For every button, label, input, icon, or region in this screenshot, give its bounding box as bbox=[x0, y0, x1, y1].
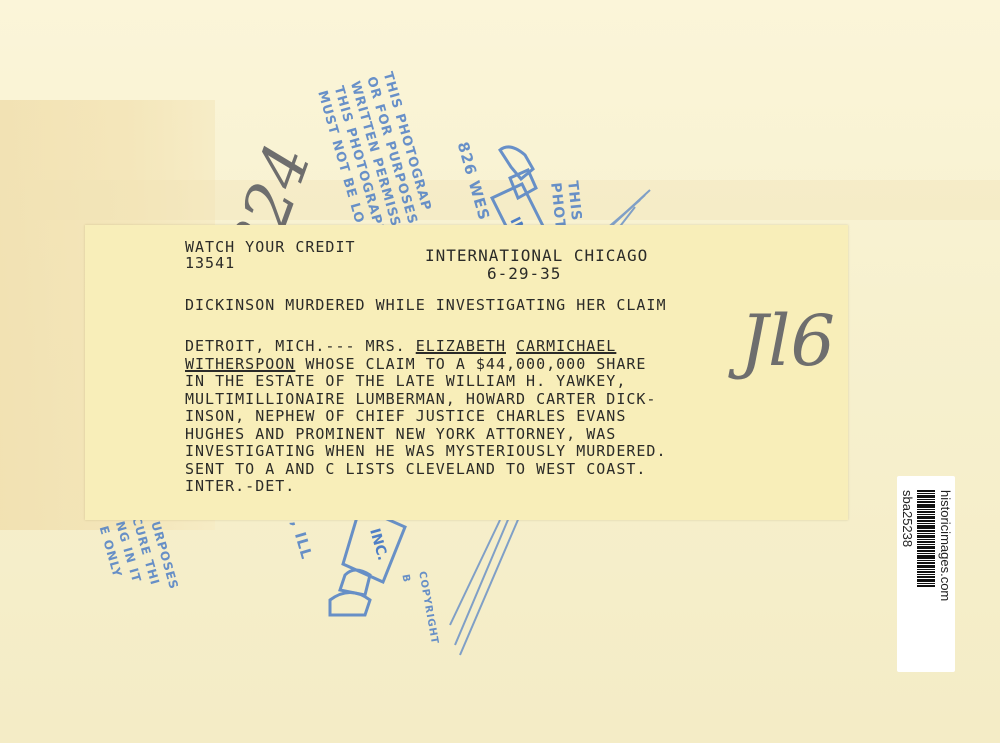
handwritten-note-jl6: Jl6 bbox=[740, 300, 835, 382]
caption-line: INTER.-DET. bbox=[185, 478, 666, 496]
caption-line: HUGHES AND PROMINENT NEW YORK ATTORNEY, … bbox=[185, 426, 666, 444]
svg-text:INC.: INC. bbox=[366, 527, 390, 563]
watermark-label: historicimages.com sba25238 bbox=[897, 476, 955, 672]
watermark-id: sba25238 bbox=[900, 490, 915, 547]
caption-line: SENT TO A AND C LISTS CLEVELAND TO WEST … bbox=[185, 461, 666, 479]
caption-slip: WATCH YOUR CREDIT INTERNATIONAL CHICAGO … bbox=[85, 225, 848, 520]
caption-line: IN THE ESTATE OF THE LATE WILLIAM H. YAW… bbox=[185, 373, 666, 391]
caption-line: DETROIT, MICH.--- MRS. ELIZABETH CARMICH… bbox=[185, 338, 666, 356]
barcode-icon bbox=[917, 490, 935, 587]
watermark-site: historicimages.com bbox=[938, 490, 953, 601]
caption-line: MULTIMILLIONAIRE LUMBERMAN, HOWARD CARTE… bbox=[185, 391, 666, 409]
name-underlined: CARMICHAEL bbox=[516, 337, 616, 355]
caption-headline: DICKINSON MURDERED WHILE INVESTIGATING H… bbox=[185, 296, 666, 314]
caption-line: WITHERSPOON WHOSE CLAIM TO A $44,000,000… bbox=[185, 356, 666, 374]
inc-tube-stamp-icon: INC. bbox=[320, 505, 420, 625]
caption-line: INSON, NEPHEW OF CHIEF JUSTICE CHARLES E… bbox=[185, 408, 666, 426]
photo-date: 6-29-35 bbox=[487, 264, 561, 283]
photo-number: 13541 bbox=[185, 254, 235, 272]
name-underlined: WITHERSPOON bbox=[185, 355, 295, 373]
caption-line: INVESTIGATING WHEN HE WAS MYSTERIOUSLY M… bbox=[185, 443, 666, 461]
agency-line: INTERNATIONAL CHICAGO bbox=[425, 246, 648, 265]
name-underlined: ELIZABETH bbox=[416, 337, 506, 355]
caption-body: DETROIT, MICH.--- MRS. ELIZABETH CARMICH… bbox=[185, 338, 666, 496]
